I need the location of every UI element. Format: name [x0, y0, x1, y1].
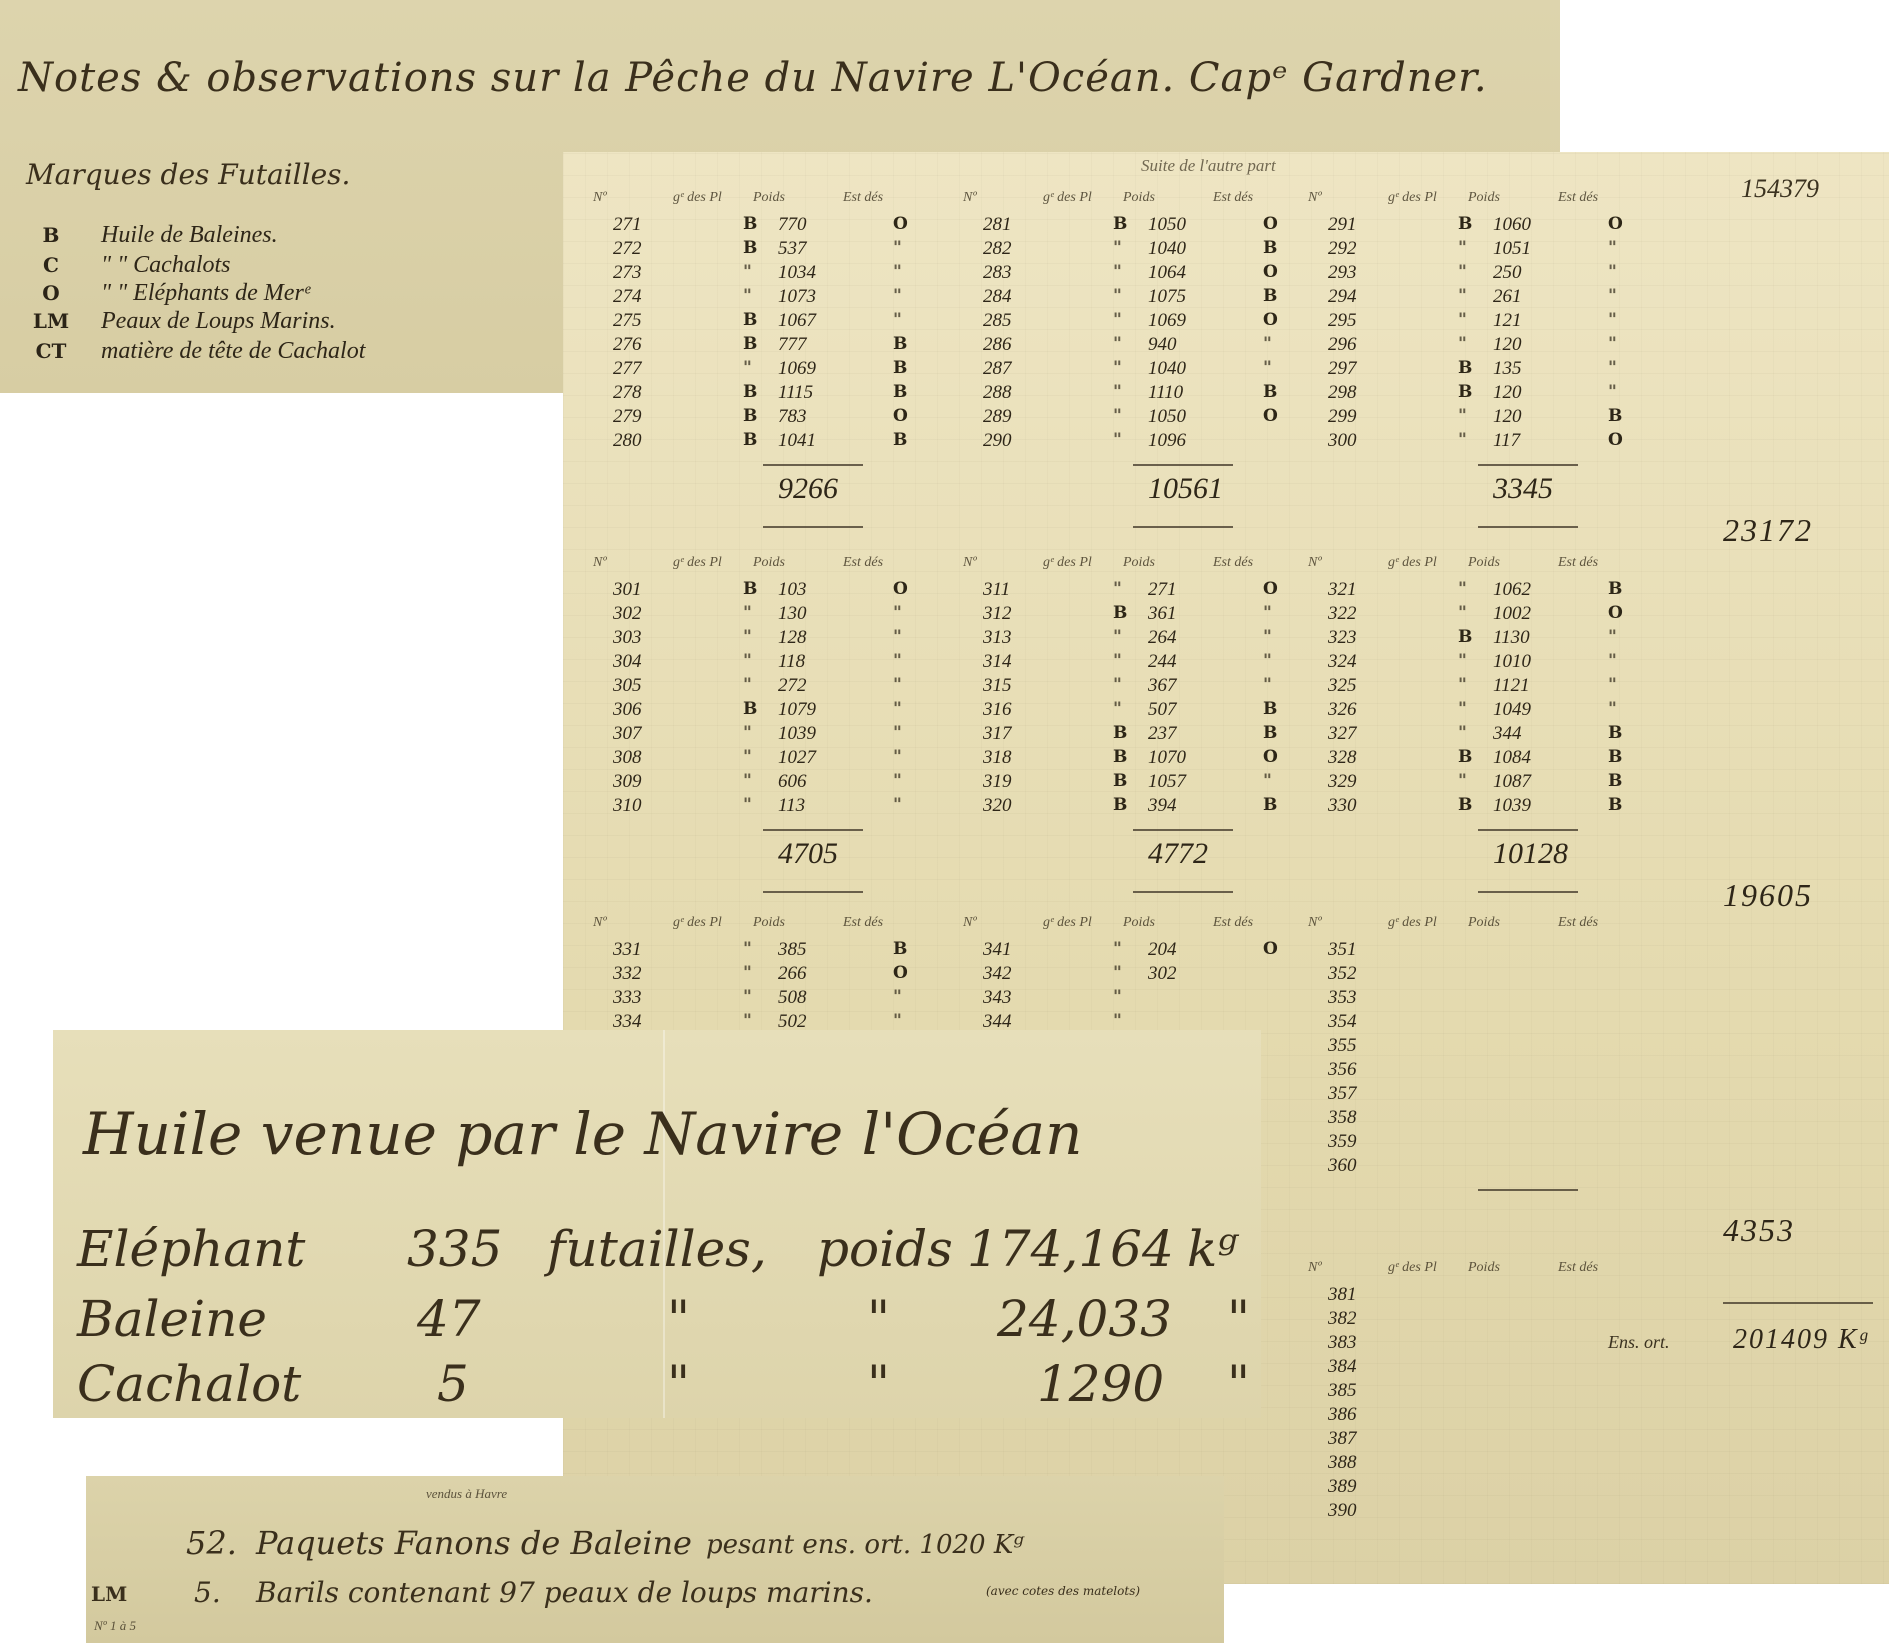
cask-mark: ": [1113, 310, 1122, 330]
cask-number: 382: [1328, 1308, 1357, 1330]
cask-weight: 1050: [1148, 214, 1186, 236]
column-header: Poids: [753, 915, 785, 931]
cask-number: 305: [613, 675, 642, 697]
cask-number: 302: [613, 603, 642, 625]
cask-number: 327: [1328, 723, 1357, 745]
cask-mark: B: [743, 579, 757, 599]
cask-mark: B: [743, 430, 757, 450]
oil-label: ": [867, 1290, 890, 1348]
cask-mark: ": [1458, 651, 1467, 671]
block-total: 23172: [1723, 512, 1813, 549]
cask-weight: 1002: [1493, 603, 1531, 625]
cask-estimate: ": [893, 627, 902, 647]
cask-number: 294: [1328, 286, 1357, 308]
sum-rule: [1478, 891, 1578, 893]
cask-number: 278: [613, 382, 642, 404]
cask-number: 284: [983, 286, 1012, 308]
cask-weight: 394: [1148, 795, 1177, 817]
cask-weight: 118: [778, 651, 805, 673]
cask-estimate: ": [893, 603, 902, 623]
cask-mark: ": [1113, 430, 1122, 450]
oil-weight: 1290: [1037, 1355, 1164, 1413]
cask-weight: 1073: [778, 286, 816, 308]
cask-number: 304: [613, 651, 642, 673]
column-header: gᵉ des Pl: [1043, 915, 1092, 931]
column-header: Est dés: [1558, 555, 1598, 571]
cask-estimate: ": [1263, 603, 1272, 623]
cask-mark: B: [1113, 214, 1127, 234]
cask-weight: 1050: [1148, 406, 1186, 428]
column-header: Nº: [1308, 555, 1322, 571]
cask-mark: ": [743, 795, 752, 815]
cask-estimate: ": [893, 262, 902, 282]
oil-kind: Cachalot: [77, 1355, 301, 1413]
cask-mark: ": [743, 286, 752, 306]
cask-estimate: ": [1263, 334, 1272, 354]
cask-mark: ": [1113, 651, 1122, 671]
cask-number: 384: [1328, 1356, 1357, 1378]
cask-mark: B: [1113, 723, 1127, 743]
baleen-text: Paquets Fanons de Baleine: [256, 1524, 692, 1562]
cask-weight: 113: [778, 795, 805, 817]
cask-estimate: ": [893, 286, 902, 306]
cask-number: 330: [1328, 795, 1357, 817]
cask-number: 274: [613, 286, 642, 308]
cask-number: 386: [1328, 1404, 1357, 1426]
cask-mark: B: [1113, 603, 1127, 623]
cask-mark: ": [1458, 238, 1467, 258]
cask-estimate: B: [1263, 238, 1277, 258]
column-header: gᵉ des Pl: [1388, 915, 1437, 931]
sealskin-qty: 5.: [194, 1576, 221, 1609]
legend-item: B Huile de Baleines.: [20, 222, 278, 249]
cask-estimate: B: [893, 430, 907, 450]
column-header: Poids: [1123, 190, 1155, 206]
cask-estimate: ": [893, 310, 902, 330]
cask-number: 293: [1328, 262, 1357, 284]
cask-number: 356: [1328, 1059, 1357, 1081]
cask-number: 381: [1328, 1284, 1357, 1306]
cask-number: 319: [983, 771, 1012, 793]
cask-number: 324: [1328, 651, 1357, 673]
cask-estimate: B: [1263, 795, 1277, 815]
column-header: Nº: [593, 555, 607, 571]
cask-weight: 1087: [1493, 771, 1531, 793]
cask-number: 353: [1328, 987, 1357, 1009]
cask-mark: ": [1113, 286, 1122, 306]
cask-number: 316: [983, 699, 1012, 721]
cask-number: 296: [1328, 334, 1357, 356]
cask-estimate: ": [1608, 675, 1617, 695]
cask-mark: ": [1458, 406, 1467, 426]
cask-estimate: ": [1608, 262, 1617, 282]
cask-estimate: B: [1608, 771, 1622, 791]
oil-count: 47: [417, 1290, 481, 1348]
cask-weight: 1027: [778, 747, 816, 769]
cask-weight: 1060: [1493, 214, 1531, 236]
legend-code: LM: [20, 309, 82, 333]
cask-estimate: ": [1263, 651, 1272, 671]
column-header: gᵉ des Pl: [1388, 1260, 1437, 1276]
cask-mark: ": [1113, 334, 1122, 354]
oil-unit-kg: kᵍ: [1187, 1220, 1237, 1278]
cask-weight: 103: [778, 579, 807, 601]
baleen-scrap: vendus à Havre 52. Paquets Fanons de Bal…: [86, 1476, 1224, 1643]
cask-weight: 507: [1148, 699, 1177, 721]
cask-number: 388: [1328, 1452, 1357, 1474]
cask-number: 281: [983, 214, 1012, 236]
cask-mark: B: [743, 310, 757, 330]
group-subtotal: 9266: [778, 472, 838, 506]
cask-mark: ": [743, 747, 752, 767]
cask-mark: ": [743, 771, 752, 791]
cask-number: 280: [613, 430, 642, 452]
cask-mark: ": [1458, 723, 1467, 743]
cask-weight: 770: [778, 214, 807, 236]
cask-mark: B: [1113, 795, 1127, 815]
cask-estimate: ": [893, 771, 902, 791]
column-header: Nº: [1308, 190, 1322, 206]
cask-estimate: B: [1263, 382, 1277, 402]
column-header: Nº: [593, 190, 607, 206]
cask-number: 321: [1328, 579, 1357, 601]
cask-estimate: B: [1263, 286, 1277, 306]
cask-weight: 244: [1148, 651, 1177, 673]
column-header: Nº: [1308, 915, 1322, 931]
oil-kind: Eléphant: [77, 1220, 305, 1278]
cask-estimate: ": [893, 675, 902, 695]
cask-estimate: O: [893, 406, 908, 426]
cask-mark: ": [1113, 675, 1122, 695]
baleen-qty: 52.: [186, 1524, 237, 1562]
cask-mark: B: [1458, 214, 1472, 234]
cask-estimate: B: [1608, 723, 1622, 743]
column-header: Est dés: [1213, 555, 1253, 571]
cask-mark: ": [1113, 627, 1122, 647]
column-header: gᵉ des Pl: [673, 190, 722, 206]
cask-estimate: ": [893, 651, 902, 671]
column-header: Poids: [753, 190, 785, 206]
cask-estimate: ": [1608, 238, 1617, 258]
cask-estimate: O: [1608, 214, 1623, 234]
oil-count: 5: [437, 1355, 469, 1413]
cask-number: 360: [1328, 1155, 1357, 1177]
column-header: Nº: [963, 190, 977, 206]
cask-mark: ": [1458, 603, 1467, 623]
oil-label: poids: [817, 1220, 953, 1278]
oil-label: ": [867, 1355, 890, 1413]
legend-description: " " Eléphants de Merᵉ: [101, 280, 310, 306]
cask-weight: 1069: [778, 358, 816, 380]
cask-mark: ": [743, 262, 752, 282]
carried-total: 154379: [1741, 174, 1819, 204]
oil-kind: Baleine: [77, 1290, 267, 1348]
sealskin-note: (avec cotes des matelots): [986, 1584, 1140, 1598]
cask-number: 320: [983, 795, 1012, 817]
cask-estimate: ": [1263, 627, 1272, 647]
cask-weight: 121: [1493, 310, 1522, 332]
cask-weight: 1079: [778, 699, 816, 721]
legend-code: B: [20, 223, 82, 247]
cask-weight: 120: [1493, 334, 1522, 356]
column-header: Nº: [593, 915, 607, 931]
cask-estimate: B: [893, 939, 907, 959]
cask-number: 355: [1328, 1035, 1357, 1057]
group-subtotal: 3345: [1493, 472, 1553, 506]
cask-number: 292: [1328, 238, 1357, 260]
cask-number: 287: [983, 358, 1012, 380]
column-header: gᵉ des Pl: [1043, 190, 1092, 206]
cask-number: 309: [613, 771, 642, 793]
cask-number: 351: [1328, 939, 1357, 961]
cask-number: 390: [1328, 1500, 1357, 1522]
block-total: 4353: [1723, 1212, 1795, 1249]
cask-estimate: B: [1608, 406, 1622, 426]
cask-estimate: O: [1263, 747, 1278, 767]
oil-summary-title: Huile venue par le Navire l'Océan: [83, 1100, 1082, 1168]
cask-weight: 1121: [1493, 675, 1530, 697]
cask-number: 318: [983, 747, 1012, 769]
cask-weight: 237: [1148, 723, 1177, 745]
cask-mark: ": [743, 603, 752, 623]
cask-mark: ": [743, 627, 752, 647]
cask-weight: 1110: [1148, 382, 1183, 404]
cask-estimate: ": [1608, 310, 1617, 330]
cask-mark: B: [743, 214, 757, 234]
legend-item: LM Peaux de Loups Marins.: [20, 308, 336, 335]
sum-rule: [763, 829, 863, 831]
cask-number: 315: [983, 675, 1012, 697]
oil-unit-kg: ": [1227, 1355, 1250, 1413]
column-header: gᵉ des Pl: [1388, 190, 1437, 206]
cask-estimate: ": [1263, 771, 1272, 791]
cask-mark: ": [743, 1011, 752, 1031]
column-header: Nº: [963, 915, 977, 931]
cask-number: 358: [1328, 1107, 1357, 1129]
cask-number: 301: [613, 579, 642, 601]
legend-item: C " " Cachalots: [20, 252, 231, 279]
cask-number: 354: [1328, 1011, 1357, 1033]
legend-description: " " Cachalots: [101, 252, 231, 278]
cask-number: 277: [613, 358, 642, 380]
cask-weight: 204: [1148, 939, 1177, 961]
cask-weight: 1051: [1493, 238, 1531, 260]
cask-mark: ": [743, 963, 752, 983]
column-header: Nº: [1308, 1260, 1322, 1276]
cask-weight: 120: [1493, 382, 1522, 404]
cask-mark: B: [743, 406, 757, 426]
cask-weight: 385: [778, 939, 807, 961]
cask-number: 317: [983, 723, 1012, 745]
cask-mark: ": [1113, 358, 1122, 378]
cask-mark: ": [1458, 334, 1467, 354]
cask-weight: 302: [1148, 963, 1177, 985]
grand-total-label: Ens. ort.: [1608, 1332, 1670, 1353]
carry-note: Suite de l'autre part: [1141, 156, 1276, 176]
sum-rule: [1133, 829, 1233, 831]
column-header: Poids: [1468, 190, 1500, 206]
column-header: gᵉ des Pl: [673, 555, 722, 571]
cask-weight: 1130: [1493, 627, 1530, 649]
cask-number: 329: [1328, 771, 1357, 793]
cask-estimate: O: [1263, 262, 1278, 282]
legend-description: Huile de Baleines.: [101, 222, 278, 248]
cask-weight: 361: [1148, 603, 1177, 625]
cask-weight: 1010: [1493, 651, 1531, 673]
cask-estimate: ": [1263, 358, 1272, 378]
cask-mark: ": [743, 723, 752, 743]
cask-mark: ": [1113, 406, 1122, 426]
cask-weight: 264: [1148, 627, 1177, 649]
cask-estimate: O: [1608, 430, 1623, 450]
cask-number: 295: [1328, 310, 1357, 332]
cask-mark: B: [1458, 747, 1472, 767]
cask-number: 322: [1328, 603, 1357, 625]
cask-number: 290: [983, 430, 1012, 452]
column-header: Poids: [1468, 915, 1500, 931]
legend-description: matière de tête de Cachalot: [101, 338, 365, 364]
cask-estimate: ": [893, 723, 902, 743]
cask-mark: ": [1113, 699, 1122, 719]
cask-mark: B: [1113, 747, 1127, 767]
cask-estimate: O: [1263, 214, 1278, 234]
cask-estimate: O: [1263, 406, 1278, 426]
sum-rule: [1478, 829, 1578, 831]
cask-number: 325: [1328, 675, 1357, 697]
cask-number: 308: [613, 747, 642, 769]
cask-weight: 120: [1493, 406, 1522, 428]
column-header: Est dés: [1213, 190, 1253, 206]
legend-title: Marques des Futailles.: [26, 158, 350, 191]
cask-mark: B: [743, 334, 757, 354]
group-subtotal: 10128: [1493, 837, 1568, 871]
sum-rule: [1478, 1189, 1578, 1191]
column-header: Est dés: [1558, 915, 1598, 931]
cask-weight: 1075: [1148, 286, 1186, 308]
cask-mark: ": [1113, 579, 1122, 599]
column-header: Est dés: [1558, 190, 1598, 206]
legend-code: CT: [20, 339, 82, 363]
cask-number: 352: [1328, 963, 1357, 985]
cask-mark: B: [743, 699, 757, 719]
cask-estimate: O: [1608, 603, 1623, 623]
cask-estimate: ": [1608, 627, 1617, 647]
cask-weight: 1040: [1148, 358, 1186, 380]
cask-number: 271: [613, 214, 642, 236]
sum-rule: [1478, 526, 1578, 528]
sealskin-range: Nº 1 à 5: [94, 1618, 136, 1634]
cask-weight: 1062: [1493, 579, 1531, 601]
block-total: 19605: [1723, 877, 1813, 914]
cask-weight: 1049: [1493, 699, 1531, 721]
cask-weight: 266: [778, 963, 807, 985]
oil-unit: ": [667, 1355, 690, 1413]
cask-number: 342: [983, 963, 1012, 985]
cask-weight: 135: [1493, 358, 1522, 380]
oil-unit: futailles,: [547, 1220, 767, 1278]
cask-mark: B: [1113, 771, 1127, 791]
cask-weight: 1034: [778, 262, 816, 284]
cask-mark: ": [1113, 1011, 1122, 1031]
cask-weight: 344: [1493, 723, 1522, 745]
sum-rule: [1478, 464, 1578, 466]
cask-number: 331: [613, 939, 642, 961]
cask-mark: ": [743, 939, 752, 959]
cask-number: 343: [983, 987, 1012, 1009]
cask-mark: ": [1458, 699, 1467, 719]
cask-estimate: B: [1263, 699, 1277, 719]
cask-number: 288: [983, 382, 1012, 404]
cask-mark: B: [1458, 795, 1472, 815]
cask-mark: ": [743, 987, 752, 1007]
column-header: Poids: [1123, 915, 1155, 931]
cask-number: 275: [613, 310, 642, 332]
cask-weight: 128: [778, 627, 807, 649]
cask-number: 332: [613, 963, 642, 985]
cask-number: 300: [1328, 430, 1357, 452]
cask-number: 313: [983, 627, 1012, 649]
cask-mark: ": [743, 358, 752, 378]
cask-number: 341: [983, 939, 1012, 961]
cask-weight: 1039: [778, 723, 816, 745]
sum-rule: [1723, 1302, 1873, 1304]
oil-weight: 24,033: [997, 1290, 1172, 1348]
cask-estimate: O: [1263, 939, 1278, 959]
grand-total: 201409 Kᵍ: [1733, 1324, 1869, 1356]
cask-weight: 1084: [1493, 747, 1531, 769]
cask-estimate: ": [893, 795, 902, 815]
sum-rule: [763, 464, 863, 466]
cask-weight: 606: [778, 771, 807, 793]
cask-weight: 1070: [1148, 747, 1186, 769]
cask-mark: ": [743, 651, 752, 671]
cask-number: 282: [983, 238, 1012, 260]
cask-estimate: ": [1608, 382, 1617, 402]
column-header: gᵉ des Pl: [1388, 555, 1437, 571]
cask-estimate: ": [1608, 334, 1617, 354]
sum-rule: [763, 526, 863, 528]
legend-code: C: [20, 253, 82, 277]
cask-estimate: ": [1608, 699, 1617, 719]
document-title: Notes & observations sur la Pêche du Nav…: [18, 55, 1488, 101]
oil-unit-kg: ": [1227, 1290, 1250, 1348]
cask-mark: ": [1458, 579, 1467, 599]
legend-code: O: [20, 281, 82, 305]
cask-estimate: B: [893, 334, 907, 354]
cask-estimate: ": [1263, 675, 1272, 695]
group-subtotal: 10561: [1148, 472, 1223, 506]
cask-mark: B: [743, 382, 757, 402]
sold-note: vendus à Havre: [426, 1486, 507, 1502]
cask-number: 323: [1328, 627, 1357, 649]
cask-mark: ": [1113, 382, 1122, 402]
cask-mark: B: [1458, 382, 1472, 402]
cask-weight: 271: [1148, 579, 1177, 601]
column-header: Est dés: [843, 190, 883, 206]
legend-item: O " " Eléphants de Merᵉ: [20, 280, 310, 307]
cask-number: 357: [1328, 1083, 1357, 1105]
baleen-row: 52. Paquets Fanons de Baleine pesant ens…: [86, 1524, 1224, 1564]
cask-mark: B: [1458, 627, 1472, 647]
cask-estimate: ": [893, 699, 902, 719]
cask-estimate: O: [893, 214, 908, 234]
cask-number: 283: [983, 262, 1012, 284]
column-header: Poids: [1123, 555, 1155, 571]
cask-mark: ": [1113, 963, 1122, 983]
cask-mark: ": [1458, 286, 1467, 306]
cask-number: 286: [983, 334, 1012, 356]
cask-number: 276: [613, 334, 642, 356]
